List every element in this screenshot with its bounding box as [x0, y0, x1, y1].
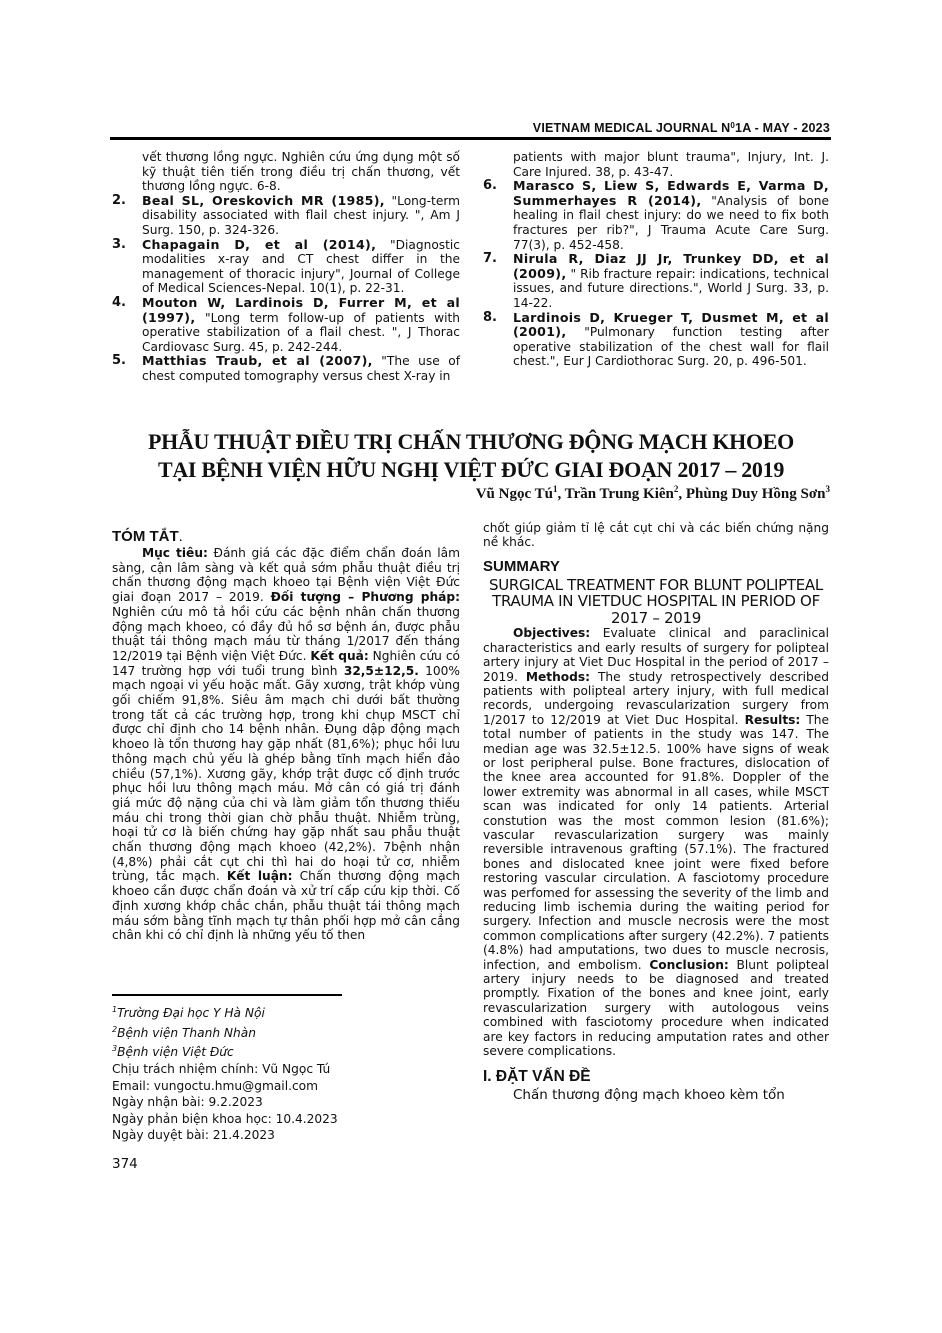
- affiliation-text: Trường Đại học Y Hà Nội: [117, 1006, 265, 1020]
- results-label: Results:: [745, 713, 801, 727]
- heading-suffix: .: [179, 528, 183, 545]
- results-mean-age: 32,5±12,5.: [344, 664, 419, 678]
- email: Email: vungoctu.hmu@gmail.com: [112, 1078, 338, 1095]
- separator: ,: [678, 486, 686, 502]
- reference-number: 4.: [112, 296, 126, 311]
- author-name: Vũ Ngọc Tú: [476, 486, 553, 502]
- reference-authors: Matthias Traub, et al (2007),: [142, 353, 373, 368]
- date-reviewed: Ngày phản biện khoa học: 10.4.2023: [112, 1111, 338, 1128]
- affiliation-1: 1Trường Đại học Y Hà Nội: [112, 1002, 338, 1022]
- affiliation-3: 3Bệnh viện Việt Đức: [112, 1041, 338, 1061]
- journal-name: VIETNAM MEDICAL JOURNAL N: [533, 121, 731, 135]
- reference-number: 8.: [483, 311, 497, 326]
- conclusion-label: Kết luận:: [227, 869, 293, 883]
- introduction-heading: I. ĐẶT VẤN ĐỀ: [483, 1067, 829, 1086]
- objectives-label: Objectives:: [513, 626, 590, 640]
- abstract-continuation: chốt giúp giảm tỉ lệ cắt cụt chi và các …: [483, 521, 829, 550]
- journal-header: VIETNAM MEDICAL JOURNAL N01A - MAY - 202…: [310, 121, 830, 135]
- author-name: Trần Trung Kiên: [565, 486, 674, 502]
- reference-number: 2.: [112, 194, 126, 209]
- reference-number: 7.: [483, 252, 497, 267]
- references-right: patients with major blunt trauma", Injur…: [483, 150, 829, 369]
- summary-body: Objectives: Evaluate clinical and paracl…: [483, 626, 829, 1058]
- article-title: PHẪU THUẬT ĐIỀU TRỊ CHẤN THƯƠNG ĐỘNG MẠC…: [100, 428, 842, 484]
- methods-label: Đối tượng – Phương pháp:: [271, 590, 460, 604]
- reference-item: 8. Lardinois D, Krueger T, Dusmet M, et …: [483, 311, 829, 369]
- reference-number: 5.: [112, 354, 126, 369]
- references-left: vết thương lồng ngực. Nghiên cứu ứng dụn…: [112, 150, 460, 384]
- affiliation-mark: 3: [826, 484, 831, 494]
- affiliation-text: Bệnh viện Thanh Nhàn: [117, 1026, 256, 1040]
- results-text: The total number of patients in the stud…: [483, 713, 829, 972]
- header-rule: [110, 137, 831, 140]
- conclusion-text: Blunt polipteal artery injury needs to b…: [483, 958, 829, 1058]
- reference-item: 3. Chapagain D, et al (2014), "Diagnosti…: [112, 238, 460, 296]
- reference-continuation: patients with major blunt trauma", Injur…: [483, 150, 829, 179]
- title-line-2: TẠI BỆNH VIỆN HỮU NGHỊ VIỆT ĐỨC GIAI ĐOẠ…: [100, 456, 842, 484]
- page-number: 374: [112, 1156, 138, 1172]
- reference-number: 6.: [483, 179, 497, 194]
- title-line-1: PHẪU THUẬT ĐIỀU TRỊ CHẤN THƯƠNG ĐỘNG MẠC…: [100, 428, 842, 456]
- conclusion-label: Conclusion:: [649, 958, 728, 972]
- summary-heading: SUMMARY: [483, 557, 829, 576]
- abstract-vietnamese: TÓM TẮT. Mục tiêu: Đánh giá các đặc điểm…: [112, 527, 460, 943]
- affiliation-2: 2Bệnh viện Thanh Nhàn: [112, 1022, 338, 1042]
- abstract-body: Mục tiêu: Đánh giá các đặc điểm chẩn đoá…: [112, 546, 460, 943]
- reference-item: 4. Mouton W, Lardinois D, Furrer M, et a…: [112, 296, 460, 354]
- separator: ,: [557, 486, 564, 502]
- introduction-text: Chấn thương động mạch khoeo kèm tổn: [483, 1086, 829, 1104]
- footnotes: 1Trường Đại học Y Hà Nội 2Bệnh viện Than…: [112, 1002, 338, 1144]
- reference-number: 3.: [112, 238, 126, 253]
- date-received: Ngày nhận bài: 9.2.2023: [112, 1094, 338, 1111]
- summary-title: SURGICAL TREATMENT FOR BLUNT POLIPTEAL T…: [483, 577, 829, 627]
- results-label: Kết quả:: [310, 649, 368, 663]
- reference-item: 7. Nirula R, Diaz JJ Jr, Trunkey DD, et …: [483, 252, 829, 310]
- reference-authors: Chapagain D, et al (2014),: [142, 237, 376, 252]
- author-name: Phùng Duy Hồng Sơn: [686, 486, 826, 502]
- affiliation-text: Bệnh viện Việt Đức: [117, 1045, 234, 1059]
- date-accepted: Ngày duyệt bài: 21.4.2023: [112, 1127, 338, 1144]
- methods-label: Methods:: [526, 670, 590, 684]
- abstract-heading: TÓM TẮT.: [112, 527, 460, 546]
- reference-item: 6. Marasco S, Liew S, Edwards E, Varma D…: [483, 179, 829, 252]
- author-list: Vũ Ngọc Tú1, Trần Trung Kiên2, Phùng Duy…: [476, 484, 830, 503]
- right-column-body: chốt giúp giảm tỉ lệ cắt cụt chi và các …: [483, 521, 829, 1104]
- results-text: 100% mạch ngoại vi yếu hoặc mất. Gãy xươ…: [112, 664, 460, 884]
- reference-continuation: vết thương lồng ngực. Nghiên cứu ứng dụn…: [112, 150, 460, 194]
- footnote-rule: [112, 994, 342, 996]
- reference-item: 2. Beal SL, Oreskovich MR (1985), "Long-…: [112, 194, 460, 238]
- objective-label: Mục tiêu:: [142, 546, 208, 560]
- journal-issue: 1A - MAY - 2023: [735, 121, 830, 135]
- reference-item: 5. Matthias Traub, et al (2007), "The us…: [112, 354, 460, 383]
- heading-text: TÓM TẮT: [112, 528, 179, 545]
- corresponding-author: Chịu trách nhiệm chính: Vũ Ngọc Tú: [112, 1061, 338, 1078]
- reference-authors: Beal SL, Oreskovich MR (1985),: [142, 193, 385, 208]
